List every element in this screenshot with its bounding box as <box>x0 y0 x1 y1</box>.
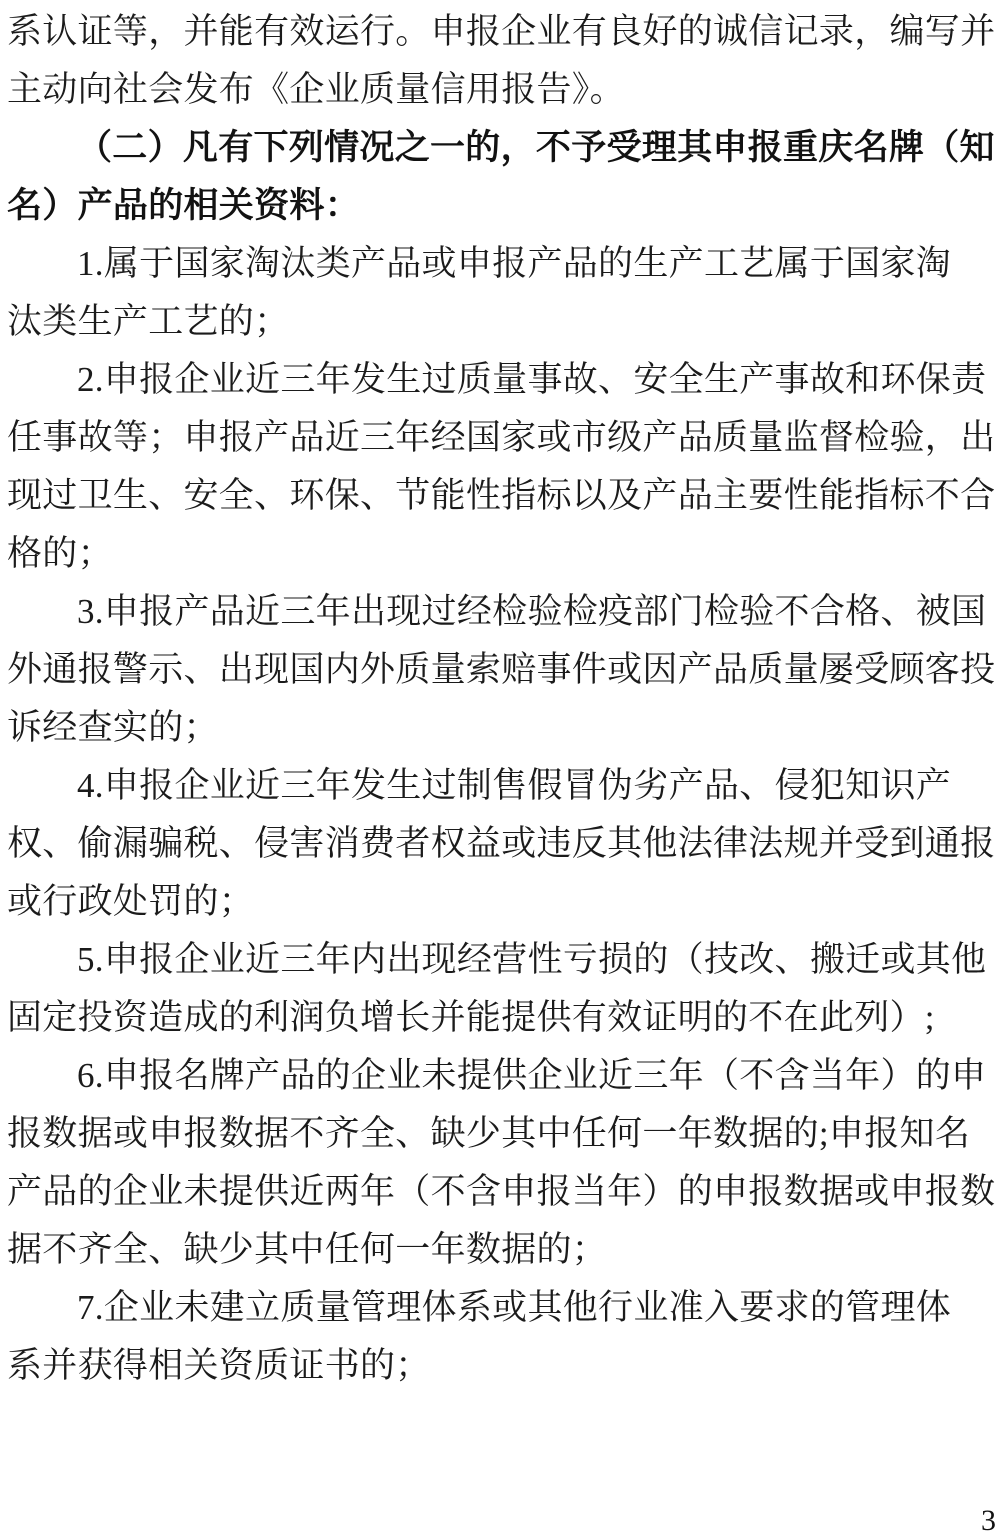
text-line: 7.企业未建立质量管理体系或其他行业准入要求的管理体 <box>7 1279 995 1337</box>
text-line: 系认证等，并能有效运行。申报企业有良好的诚信记录，编写并 <box>7 3 995 61</box>
text-line: 现过卫生、安全、环保、节能性指标以及产品主要性能指标不合 <box>7 467 995 525</box>
text-line: 系并获得相关资质证书的； <box>7 1337 995 1395</box>
text-line: 外通报警示、出现国内外质量索赔事件或因产品质量屡受顾客投 <box>7 641 995 699</box>
text-line: 汰类生产工艺的； <box>7 293 995 351</box>
page-number: 3 <box>981 1504 996 1538</box>
text-line: 报数据或申报数据不齐全、缺少其中任何一年数据的;申报知名 <box>7 1105 995 1163</box>
text-line: 2.申报企业近三年发生过质量事故、安全生产事故和环保责 <box>7 351 995 409</box>
text-line: 5.申报企业近三年内出现经营性亏损的（技改、搬迁或其他 <box>7 931 995 989</box>
text-line: 据不齐全、缺少其中任何一年数据的； <box>7 1221 995 1279</box>
text-line: 4.申报企业近三年发生过制售假冒伪劣产品、侵犯知识产 <box>7 757 995 815</box>
text-line: 任事故等；申报产品近三年经国家或市级产品质量监督检验，出 <box>7 409 995 467</box>
text-line: 固定投资造成的利润负增长并能提供有效证明的不在此列）; <box>7 989 995 1047</box>
text-line: 1.属于国家淘汰类产品或申报产品的生产工艺属于国家淘 <box>7 235 995 293</box>
text-line: 产品的企业未提供近两年（不含申报当年）的申报数据或申报数 <box>7 1163 995 1221</box>
heading-line: 名）产品的相关资料： <box>7 177 995 235</box>
text-line: 6.申报名牌产品的企业未提供企业近三年（不含当年）的申 <box>7 1047 995 1105</box>
text-line: 格的； <box>7 525 995 583</box>
heading-line: （二）凡有下列情况之一的，不予受理其申报重庆名牌（知 <box>7 119 995 177</box>
text-line: 权、偷漏骗税、侵害消费者权益或违反其他法律法规并受到通报 <box>7 815 995 873</box>
document-page: 系认证等，并能有效运行。申报企业有良好的诚信记录，编写并主动向社会发布《企业质量… <box>0 0 1000 1538</box>
document-body: 系认证等，并能有效运行。申报企业有良好的诚信记录，编写并主动向社会发布《企业质量… <box>7 3 995 1395</box>
text-line: 3.申报产品近三年出现过经检验检疫部门检验不合格、被国 <box>7 583 995 641</box>
text-line: 主动向社会发布《企业质量信用报告》。 <box>7 61 995 119</box>
text-line: 诉经查实的； <box>7 699 995 757</box>
text-line: 或行政处罚的； <box>7 873 995 931</box>
